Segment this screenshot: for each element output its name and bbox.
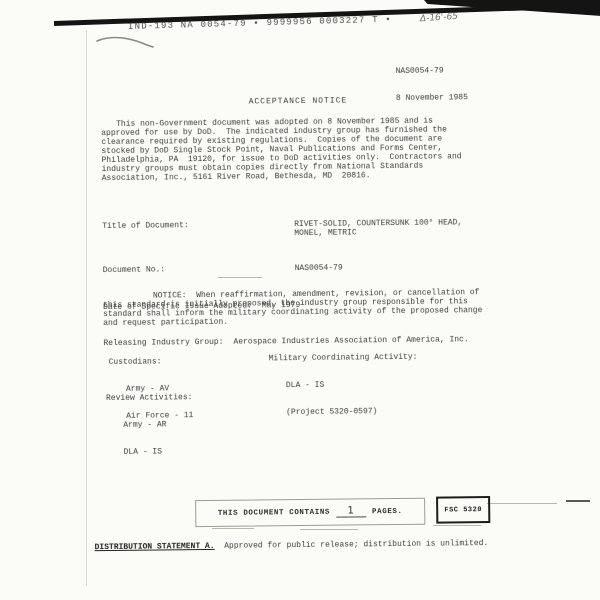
scanned-document-page: IND-193 NA 0054-79 ▪ 9999956 0003227 T ▪…: [0, 0, 600, 600]
field-document-no: Document No.: NAS0054-79: [103, 262, 468, 275]
intro-paragraph: This non-Government document was adopted…: [101, 116, 462, 183]
page-count-box: THIS DOCUMENT CONTAINS1PAGES.: [195, 498, 425, 527]
page-count-prefix: THIS DOCUMENT CONTAINS: [218, 508, 330, 517]
milcoord-item: DLA - IS: [269, 380, 418, 391]
handwritten-page-count: 1: [336, 506, 366, 517]
field-value: RIVET-SOLID, COUNTERSUNK 100° HEAD, MONE…: [294, 218, 462, 238]
notice-paragraph: NOTICE: When reaffirmation, amendment, r…: [103, 288, 483, 328]
page-title: ACCEPTANCE NOTICE: [0, 94, 598, 109]
review-activities-block: Review Activities: Army - AR DLA - IS: [106, 375, 193, 475]
page-count-suffix: PAGES.: [372, 507, 403, 515]
distribution-statement-text: Approved for public release; distributio…: [215, 539, 489, 551]
review-heading: Review Activities:: [106, 393, 193, 403]
document-number: NAS0054-79: [396, 66, 468, 76]
distribution-statement: DISTRIBUTION STATEMENT A. Approved for p…: [95, 539, 489, 552]
field-title-of-document: Title of Document: RIVET-SOLID, COUNTERS…: [102, 218, 467, 240]
header-block: NAS0054-79 8 November 1985: [395, 48, 468, 121]
review-item: Army - AR: [106, 420, 193, 430]
fsc-code: FSC 5320: [444, 506, 482, 514]
milcoord-item: (Project 5320-0597): [269, 407, 418, 418]
custodians-heading: Custodians:: [109, 357, 193, 367]
field-value: NAS0054-79: [295, 264, 343, 274]
field-label: Title of Document:: [102, 220, 294, 240]
typed-content: NAS0054-79 8 November 1985 ACCEPTANCE NO…: [0, 0, 600, 600]
milcoord-heading: Military Coordinating Activity:: [269, 353, 418, 364]
distribution-statement-label: DISTRIBUTION STATEMENT A.: [95, 542, 215, 552]
review-item: DLA - IS: [107, 447, 194, 457]
fsc-code-box: FSC 5320: [436, 496, 490, 524]
military-coordinating-activity-block: Military Coordinating Activity: DLA - IS…: [268, 335, 418, 436]
field-label: Document No.:: [103, 264, 295, 275]
